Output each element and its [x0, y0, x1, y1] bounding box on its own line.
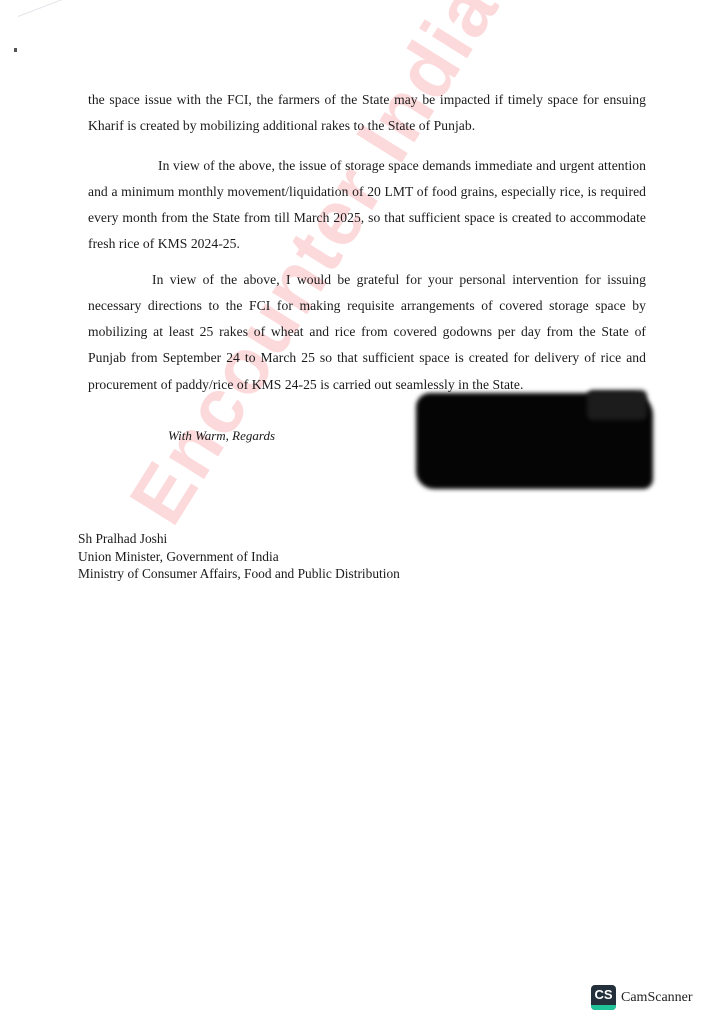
paragraph-continuation: the space issue with the FCI, the farmer…: [88, 87, 646, 140]
scan-artifact-line: [18, 0, 121, 17]
paragraph-storage-demand: In view of the above, the issue of stora…: [88, 153, 646, 258]
scan-artifact-dot: [14, 48, 17, 52]
recipient-block: Sh Pralhad Joshi Union Minister, Governm…: [78, 530, 400, 583]
redacted-signature-edge: [587, 390, 647, 420]
camscanner-name: CamScanner: [621, 990, 693, 1006]
camscanner-badge: CS CamScanner: [591, 985, 693, 1010]
recipient-ministry: Ministry of Consumer Affairs, Food and P…: [78, 565, 400, 583]
recipient-title: Union Minister, Government of India: [78, 548, 400, 566]
recipient-name: Sh Pralhad Joshi: [78, 530, 400, 548]
camscanner-logo-icon: CS: [591, 985, 616, 1010]
closing-salutation: With Warm, Regards: [168, 428, 275, 444]
paragraph-request: In view of the above, I would be gratefu…: [88, 267, 646, 398]
